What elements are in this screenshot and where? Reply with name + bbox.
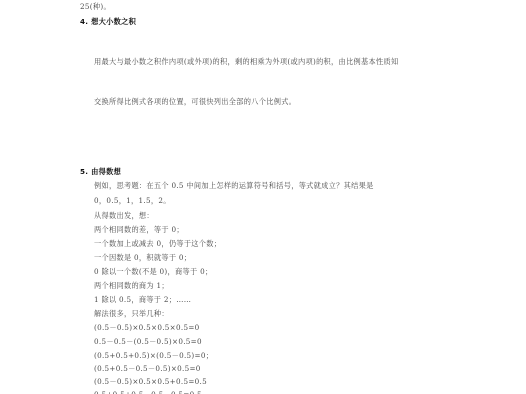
section-5-line: 0，0.5，1，1.5，2。 xyxy=(94,196,171,205)
section-5-line: 1 除以 0.5，商等于 2；…… xyxy=(94,295,191,304)
section-5-line: (0.5－0.5)×0.5×0.5+0.5=0.5 xyxy=(94,377,207,386)
section-4-paragraph-line-1: 用最大与最小数之积作内项(或外项)的积，剩的相乘为外项(或内项)的积，由比例基本… xyxy=(94,57,398,66)
section-5-line: 从得数出发，想： xyxy=(94,211,154,220)
section-5-line: 一个数加上或减去 0，仍等于这个数； xyxy=(94,239,221,248)
section-5-line: (0.5－0.5)×0.5×0.5×0.5=0 xyxy=(94,323,200,332)
section-5-line: (0.5+0.5－0.5－0.5)×0.5=0 xyxy=(94,364,201,373)
section-4-heading: 4. 想大小数之积 xyxy=(80,17,136,26)
section-5-heading: 5. 由得数想 xyxy=(80,167,121,176)
section-5-line: 例如，思考题：在五个 0.5 中间加上怎样的运算符号和括号，等式就成立？其结果是 xyxy=(94,181,374,190)
section-5-line: 两个相同数的差，等于 0； xyxy=(94,225,184,234)
section-5-line: 解法很多，只举几种： xyxy=(94,309,169,318)
section-5-line: 0.5+0.5+0.5－0.5－0.5=0.5 xyxy=(94,390,202,394)
section-4-paragraph-line-2: 交换所得比例式各项的位置，可很快列出全部的八个比例式。 xyxy=(94,97,296,106)
section-5-line: 一个因数是 0，积就等于 0； xyxy=(94,253,191,262)
section-5-line: 0.5－0.5－(0.5－0.5)×0.5=0 xyxy=(94,337,202,346)
section-5-line: 0 除以一个数(不是 0)，商等于 0； xyxy=(94,267,212,276)
section-5-line: 两个相同数的商为 1； xyxy=(94,281,169,290)
top-fragment: 25(种)。 xyxy=(80,2,111,11)
section-5-line: (0.5+0.5+0.5)×(0.5－0.5)=0； xyxy=(94,351,213,360)
